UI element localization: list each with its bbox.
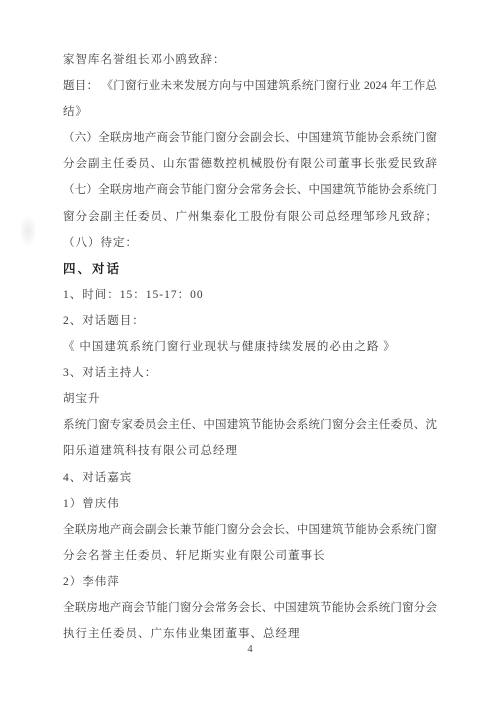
doc-line-guest2-title: 全联房地产商会节能门窗分会常务会长、中国建筑节能协会系统门窗分会: [63, 595, 437, 621]
document-page: 家智库名誉组长邓小鸥致辞： 题目： 《门窗行业未来发展方向与中国建筑系统门窗行业…: [0, 0, 500, 707]
doc-line-item-seven-end: 窗分会副主任委员、广州集泰化工股份有限公司总经理邹珍凡致辞；: [63, 204, 437, 230]
doc-line-item-eight: （八）待定：: [63, 230, 437, 256]
doc-line-continuation: 家智库名誉组长邓小鸥致辞：: [63, 47, 437, 73]
doc-line-guest1-name: 1）曾庆伟: [63, 491, 437, 517]
doc-line-guest2-name: 2）李伟萍: [63, 569, 437, 595]
doc-line-guests-label: 4、对话嘉宾: [63, 465, 437, 491]
doc-line-guest1-title: 全联房地产商会副会长兼节能门窗分会会长、中国建筑节能协会系统门窗: [63, 517, 437, 543]
doc-line-item-six-end: 分会副主任委员、山东雷德数控机械股份有限公司董事长张爱民致辞；: [63, 151, 437, 177]
doc-line-host-title-end: 阳乐道建筑科技有限公司总经理: [63, 438, 437, 464]
doc-line-guest1-title-end: 分会名誉主任委员、轩尼斯实业有限公司董事长: [63, 543, 437, 569]
doc-line-speech-title: 题目： 《门窗行业未来发展方向与中国建筑系统门窗行业 2024 年工作总: [63, 73, 437, 99]
doc-line-host-name: 胡宝升: [63, 386, 437, 412]
doc-line-dialogue-time: 1、时间：15：15-17：00: [63, 282, 437, 308]
section-heading-dialogue: 四、对话: [63, 256, 437, 282]
doc-line-dialogue-topic-label: 2、对话题目：: [63, 308, 437, 334]
doc-line-item-seven: （七）全联房地产商会节能门窗分会常务会长、中国建筑节能协会系统门: [63, 177, 437, 203]
doc-line-host-title: 系统门窗专家委员会主任、中国建筑节能协会系统门窗分会主任委员、沈: [63, 412, 437, 438]
doc-line-speech-title-end: 结》: [63, 99, 437, 125]
doc-line-dialogue-topic: 《 中国建筑系统门窗行业现状与健康持续发展的必由之路 》: [63, 334, 437, 360]
scan-artifact: [20, 216, 36, 246]
doc-line-item-six: （六）全联房地产商会节能门窗分会副会长、中国建筑节能协会系统门窗: [63, 125, 437, 151]
document-body: 家智库名誉组长邓小鸥致辞： 题目： 《门窗行业未来发展方向与中国建筑系统门窗行业…: [63, 47, 437, 647]
doc-line-host-label: 3、对话主持人：: [63, 360, 437, 386]
page-number: 4: [0, 643, 500, 657]
